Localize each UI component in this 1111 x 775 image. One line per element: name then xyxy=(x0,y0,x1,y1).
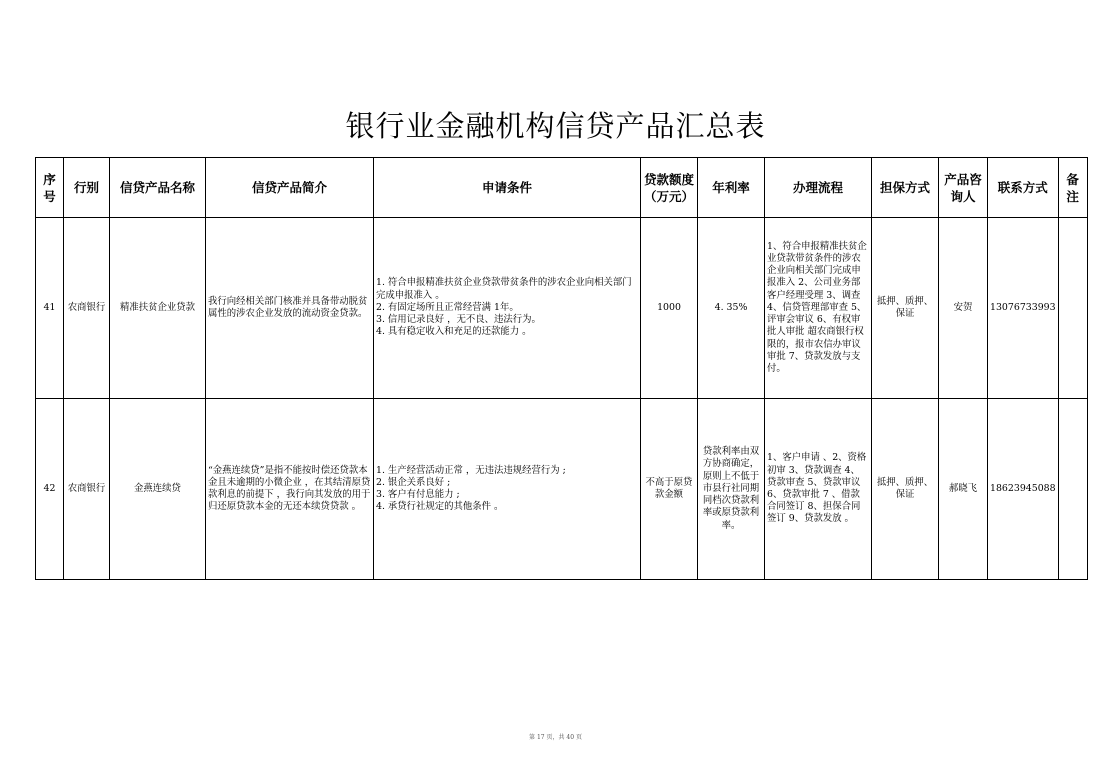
table-header-row: 序号 行别 信贷产品名称 信贷产品简介 申请条件 贷款额度 （万元） 年利率 办… xyxy=(36,158,1088,218)
condition-item: 2. 有固定场所且正常经营满 1年。 xyxy=(376,302,638,314)
cell-product: 精准扶贫企业贷款 xyxy=(110,218,206,399)
cell-bank: 农商银行 xyxy=(64,399,110,580)
header-remark: 备注 xyxy=(1058,158,1087,218)
cell-remark xyxy=(1058,218,1087,399)
header-no: 序号 xyxy=(36,158,64,218)
table-row: 42 农商银行 金燕连续贷 “金燕连续贷”是指不能按时偿还贷款本金且未逾期的小微… xyxy=(36,399,1088,580)
header-consultant-line1: 产品咨 xyxy=(941,171,985,188)
header-bank: 行别 xyxy=(64,158,110,218)
cell-consultant: 安贺 xyxy=(939,218,988,399)
header-product-intro: 信贷产品简介 xyxy=(206,158,374,218)
condition-item: 3. 信用记录良好 ，无不良、违法行为。 xyxy=(376,314,638,326)
table-row: 41 农商银行 精准扶贫企业贷款 我行向经相关部门核准并具备带动脱贫属性的涉农企… xyxy=(36,218,1088,399)
cell-no: 42 xyxy=(36,399,64,580)
header-amount-line2: （万元） xyxy=(643,188,695,205)
cell-product: 金燕连续贷 xyxy=(110,399,206,580)
cell-process: 1、客户申请 、2、资格初审 3、贷款调查 4、贷款审查 5、贷款审议 6、贷款… xyxy=(765,399,872,580)
header-amount-line1: 贷款额度 xyxy=(643,171,695,188)
cell-process: 1、符合申报精准扶贫企业贷款带贫条件的涉农企业向相关部门完成申报准入 2、公司业… xyxy=(765,218,872,399)
cell-conditions: 1. 符合申报精准扶贫企业贷款带贫条件的涉农企业向相关部门完成申报准入 。 2.… xyxy=(374,218,641,399)
condition-item: 4. 具有稳定收入和充足的还款能力 。 xyxy=(376,326,638,338)
header-rate: 年利率 xyxy=(698,158,765,218)
condition-item: 3. 客户有付息能力 ; xyxy=(376,489,638,501)
page-title: 银行业金融机构信贷产品汇总表 xyxy=(0,104,1111,145)
cell-guarantee: 抵押、质押、保证 xyxy=(872,399,939,580)
header-conditions: 申请条件 xyxy=(374,158,641,218)
header-consultant: 产品咨 询人 xyxy=(939,158,988,218)
cell-no: 41 xyxy=(36,218,64,399)
condition-item: 1. 生产经营活动正常 ，无违法违规经营行为 ; xyxy=(376,465,638,477)
header-guarantee: 担保方式 xyxy=(872,158,939,218)
page-number: 第 17 页，共 40 页 xyxy=(0,732,1111,741)
header-consultant-line2: 询人 xyxy=(941,188,985,205)
cell-consultant: 郝晓飞 xyxy=(939,399,988,580)
condition-item: 2. 银企关系良好 ; xyxy=(376,477,638,489)
condition-item: 1. 符合申报精准扶贫企业贷款带贫条件的涉农企业向相关部门完成申报准入 。 xyxy=(376,277,638,301)
header-product-name: 信贷产品名称 xyxy=(110,158,206,218)
cell-guarantee: 抵押、质押、保证 xyxy=(872,218,939,399)
cell-phone: 13076733993 xyxy=(988,218,1059,399)
header-amount: 贷款额度 （万元） xyxy=(641,158,698,218)
cell-rate: 4. 35% xyxy=(698,218,765,399)
cell-remark xyxy=(1058,399,1087,580)
cell-amount: 1000 xyxy=(641,218,698,399)
cell-bank: 农商银行 xyxy=(64,218,110,399)
header-process: 办理流程 xyxy=(765,158,872,218)
cell-conditions: 1. 生产经营活动正常 ，无违法违规经营行为 ; 2. 银企关系良好 ; 3. … xyxy=(374,399,641,580)
cell-phone: 18623945088 xyxy=(988,399,1059,580)
header-phone: 联系方式 xyxy=(988,158,1059,218)
cell-intro: 我行向经相关部门核准并具备带动脱贫属性的涉农企业发放的流动资金贷款。 xyxy=(206,218,374,399)
cell-intro: “金燕连续贷”是指不能按时偿还贷款本金且未逾期的小微企业 ，在其结清原贷款利息的… xyxy=(206,399,374,580)
condition-item: 4. 承贷行社规定的其他条件 。 xyxy=(376,501,638,513)
cell-amount: 不高于原贷款金额 xyxy=(641,399,698,580)
credit-products-table: 序号 行别 信贷产品名称 信贷产品简介 申请条件 贷款额度 （万元） 年利率 办… xyxy=(35,157,1088,580)
cell-rate: 贷款利率由双方协商确定，原则上不低于市县行社同期同档次贷款利率或原贷款利率。 xyxy=(698,399,765,580)
